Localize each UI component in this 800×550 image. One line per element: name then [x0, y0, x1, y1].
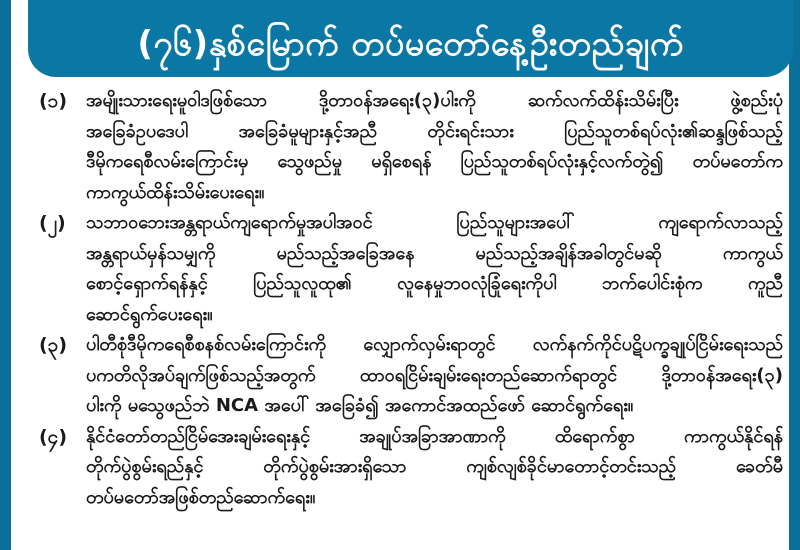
text-line: ပကတိလိုအပ်ချက်ဖြစ်သည့်အတွက် ထာဝရငြိမ်းချ…: [86, 361, 783, 392]
clause-text: အမျိုးသားရေးမူဝါဒဖြစ်သော ဒို့တာဝန်အရေး(၃…: [86, 86, 783, 208]
clause-number: (၃): [39, 330, 86, 360]
clause-1: (၁) အမျိုးသားရေးမူဝါဒဖြစ်သော ဒို့တာဝန်အရ…: [39, 86, 783, 208]
text-line: အန္တရာယ်မှန်သမျှကို မည်သည့်အခြေအနေ မည်သည…: [86, 239, 783, 270]
clause-4: (၄) နိုင်ငံတော်တည်ငြိမ်အေးချမ်းရေးနှင့် …: [39, 422, 783, 514]
text-line: တပ်မတော်အဖြစ်တည်ဆောက်ရေး။: [86, 483, 783, 514]
text-line: ဒီမိုကရေစီလမ်းကြောင်းမှ သွေဖည်မှု မရှိစေ…: [86, 147, 783, 178]
text-line: ဆောင်ရွက်ပေးရေး။: [86, 300, 783, 331]
page-title: (၇၆)နှစ်မြောက် တပ်မတော်နေ့ဦးတည်ချက်: [137, 26, 683, 63]
text-line: စောင့်ရှောက်ရန်နှင့် ပြည်သူလူထု၏ လူနေမှု…: [86, 269, 783, 300]
clause-text: သဘာဝဘေးအန္တရာယ်ကျရောက်မှုအပါအဝင် ပြည်သူမ…: [86, 208, 783, 330]
text-line: နိုင်ငံတော်တည်ငြိမ်အေးချမ်းရေးနှင့် အချု…: [86, 422, 783, 453]
text-line: အမျိုးသားရေးမူဝါဒဖြစ်သော ဒို့တာဝန်အရေး(၃…: [86, 86, 783, 117]
clause-number: (၄): [39, 422, 86, 452]
text-line: ပါတီစုံဒီမိုကရေစီစနစ်လမ်းကြောင်းကို လျှေ…: [86, 330, 783, 361]
text-line: ကာကွယ်ထိန်းသိမ်းပေးရေး။: [86, 178, 783, 209]
text-line: အခြေခံဥပဒေပါ အခြေခံမူများနှင့်အညီ တိုင်း…: [86, 117, 783, 148]
text-line: သဘာဝဘေးအန္တရာယ်ကျရောက်မှုအပါအဝင် ပြည်သူမ…: [86, 208, 783, 239]
document-frame: (၇၆)နှစ်မြောက် တပ်မတော်နေ့ဦးတည်ချက် (၁) …: [0, 0, 800, 550]
title-banner: (၇၆)နှစ်မြောက် တပ်မတော်နေ့ဦးတည်ချက်: [28, 0, 793, 77]
clause-text: နိုင်ငံတော်တည်ငြိမ်အေးချမ်းရေးနှင့် အချု…: [86, 422, 783, 514]
objectives-list: (၁) အမျိုးသားရေးမူဝါဒဖြစ်သော ဒို့တာဝန်အရ…: [39, 86, 783, 513]
text-line: တိုက်ပွဲစွမ်းရည်နှင့် တိုက်ပွဲစွမ်းအားရှ…: [86, 452, 783, 483]
clause-2: (၂) သဘာဝဘေးအန္တရာယ်ကျရောက်မှုအပါအဝင် ပြည…: [39, 208, 783, 330]
clause-text: ပါတီစုံဒီမိုကရေစီစနစ်လမ်းကြောင်းကို လျှေ…: [86, 330, 783, 422]
clause-3: (၃) ပါတီစုံဒီမိုကရေစီစနစ်လမ်းကြောင်းကို …: [39, 330, 783, 422]
clause-number: (၂): [39, 208, 86, 238]
text-line: ပါးကို မသွေဖည်ဘဲ NCA အပေါ် အခြေခံ၍ အကောင…: [86, 391, 783, 422]
clause-number: (၁): [39, 86, 86, 116]
